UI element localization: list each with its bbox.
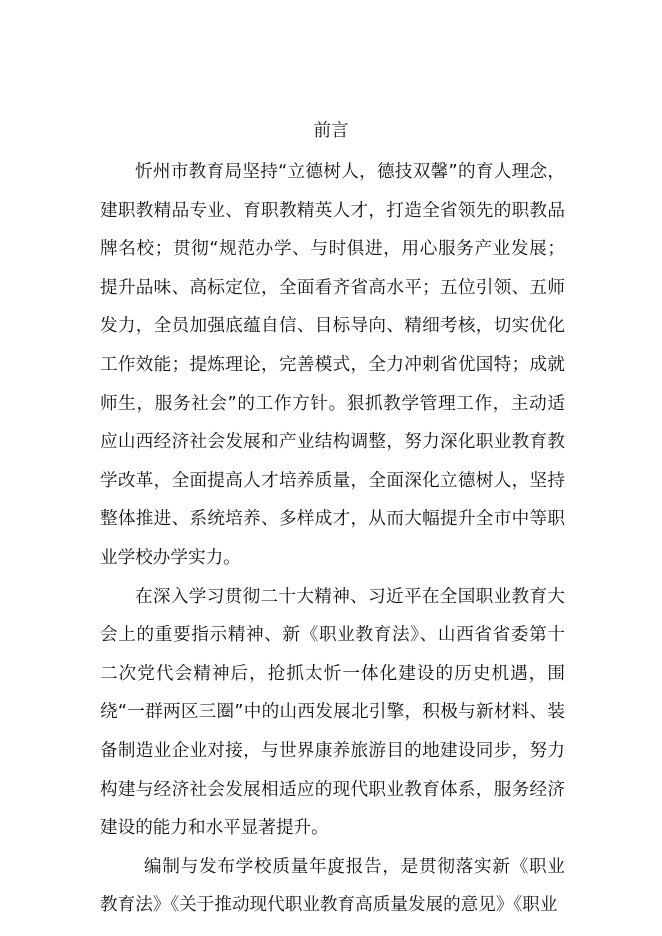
paragraph-2: 在深入学习贯彻二十大精神、习近平在全国职业教育大会上的重要指示精神、新《职业教育…	[100, 578, 565, 848]
document-body: 忻州市教育局坚持“立德树人，德技双馨”的育人理念，建职教精品专业、育职教精英人才…	[100, 153, 565, 925]
section-title: 前言	[0, 117, 662, 145]
paragraph-3: 编制与发布学校质量年度报告，是贯彻落实新《职业教育法》《关于推动现代职业教育高质…	[100, 848, 565, 925]
document-page: 前言 忻州市教育局坚持“立德树人，德技双馨”的育人理念，建职教精品专业、育职教精…	[0, 0, 662, 936]
paragraph-1: 忻州市教育局坚持“立德树人，德技双馨”的育人理念，建职教精品专业、育职教精英人才…	[100, 153, 565, 578]
page-number: 2	[0, 866, 662, 878]
